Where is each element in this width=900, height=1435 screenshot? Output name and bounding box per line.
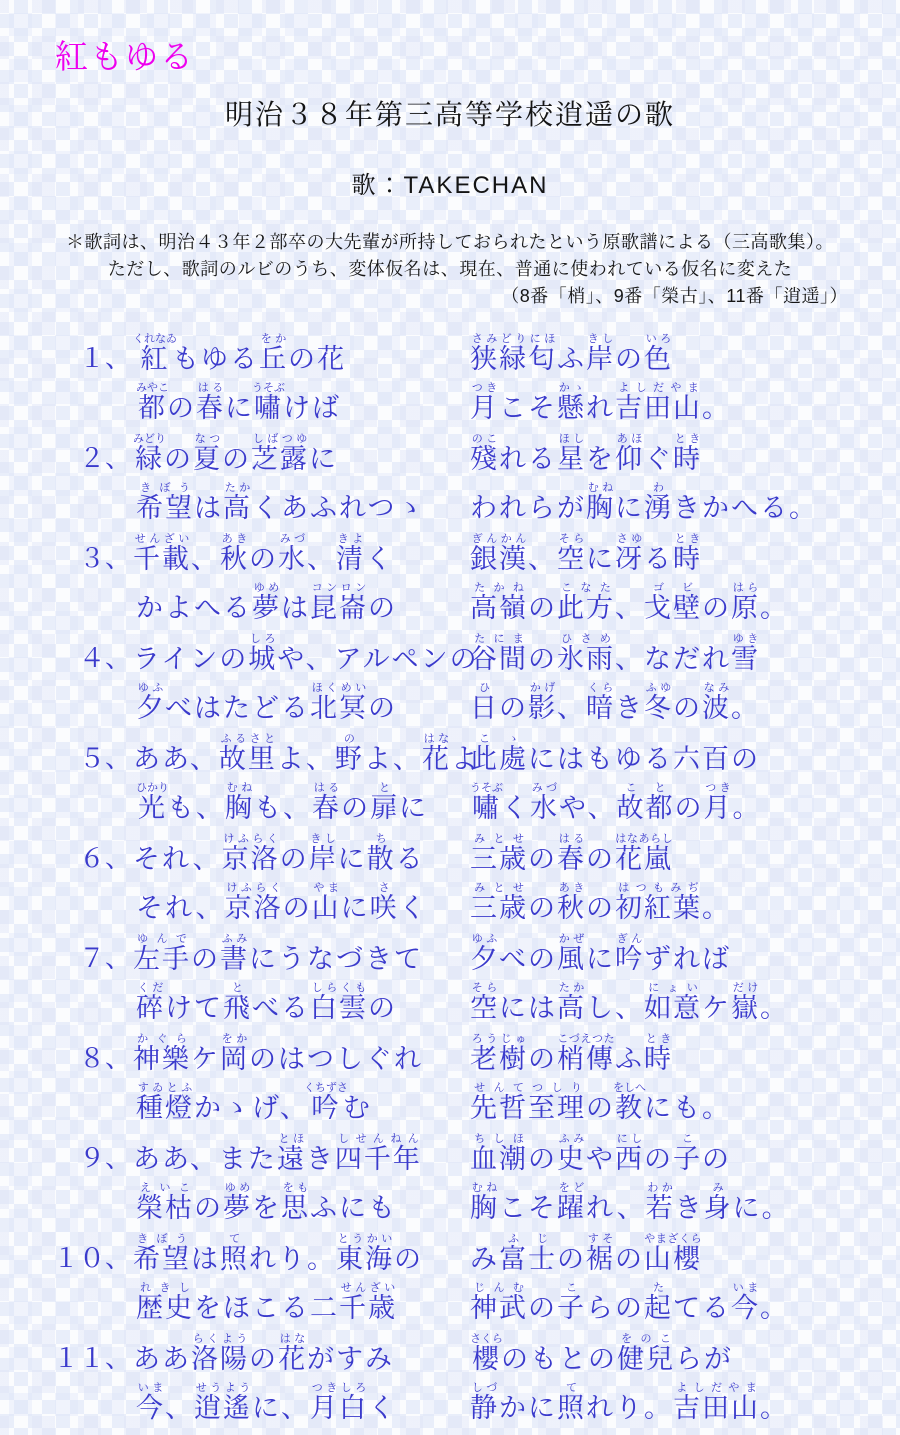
verse-11-row-1: １１、ああ洛陽らくようの花はながすみ櫻さくらのもとの健兒をのこらが [0, 1325, 900, 1374]
ruby-token: 照て [557, 1393, 586, 1423]
ruby-token: 光ひかり [136, 793, 167, 823]
ruby-token: 高嶺たかね [470, 593, 528, 623]
ruby-token: 影かげ [528, 693, 557, 723]
ruby-token: 高たか [223, 493, 252, 523]
ruby-token: 希望きぼう [136, 493, 194, 523]
verse-10: １０、希望きぼうは照てれり。東海とうかいのみ富士ふじの裾すその山櫻やまざくら歴史… [0, 1225, 900, 1323]
ruby-token: 三歳みとせ [470, 844, 528, 874]
ruby-token: 花はな [422, 744, 451, 774]
ruby-token: 月つき [470, 393, 499, 423]
verse-left-line-1: ラインの城しろや、アルペンの [133, 633, 470, 674]
verse-2-row-2: 希望きぼうは高たかくあふれつゝわれらが胸むねに湧わきかへる。 [0, 474, 900, 523]
ruby-token: 史ふみ [557, 1144, 586, 1174]
ruby-token: 風かぜ [557, 944, 586, 974]
verse-9-row-2: 榮枯えいこの夢ゆめを思をもふにも胸むねこそ躍をどれ、若わかき身みに。 [0, 1174, 900, 1223]
ruby-token: 神樂かぐら [133, 1044, 191, 1074]
ruby-token: 清きよ [336, 544, 365, 574]
ruby-token: 富士ふじ [499, 1244, 557, 1274]
ruby-token: 吉田山よしだやま [673, 1393, 760, 1423]
verse-11-row-2: 今いま、逍遙せうように、月白つきしろく静しづかに照てれり。吉田山よしだやま。 [0, 1374, 900, 1423]
ruby-token: 洛陽らくよう [191, 1344, 249, 1374]
verse-right-line-2: 高嶺たかねの此方こなた、戈壁ゴビの原はら。 [470, 582, 900, 623]
ruby-token: 花嵐はなあらし [615, 844, 673, 874]
ruby-token: 飛と [223, 993, 252, 1023]
ruby-token: 四千年しせんねん [335, 1144, 422, 1174]
song-heading: 明治３８年第三高等学校逍遥の歌 [0, 99, 900, 131]
verse-left-line-2: 碎くだけて飛とべる白雲しらくもの [133, 982, 470, 1023]
verse-right-line-1: 狭緑匂さみどりにほふ岸きしの色いろ [470, 333, 900, 374]
ruby-token: 昆崙コンロン [310, 593, 368, 623]
verse-right-line-1: 櫻さくらのもとの健兒をのこらが [470, 1333, 900, 1374]
verse-10-row-1: １０、希望きぼうは照てれり。東海とうかいのみ富士ふじの裾すその山櫻やまざくら [0, 1225, 900, 1274]
ruby-token: 懸かゝ [557, 393, 586, 423]
verse-left-line-1: 希望きぼうは照てれり。東海とうかいの [133, 1233, 470, 1274]
verse-left-line-1: 神樂かぐらケ岡をかのはつしぐれ [133, 1033, 470, 1074]
ruby-token: 秋あき [557, 893, 586, 923]
verse-6-row-2: それ、京洛けふらくの山やまに咲さく三歳みとせの秋あきの初紅葉はつもみぢ。 [0, 874, 900, 923]
document-page: 紅もゆる 明治３８年第三高等学校逍遥の歌 歌：TAKECHAN ＊歌詞は、明治４… [0, 0, 900, 1435]
verse-4-row-2: 夕ゆふべはたどる北冥ほくめいの日ひの影かげ、暗くらき冬ふゆの波なみ。 [0, 674, 900, 723]
verse-right-line-2: 三歳みとせの秋あきの初紅葉はつもみぢ。 [470, 882, 900, 923]
ruby-token: 空そら [470, 993, 499, 1023]
ruby-token: 春はる [196, 393, 225, 423]
ruby-token: 白雲しらくも [310, 993, 368, 1023]
verse-left-line-2: 希望きぼうは高たかくあふれつゝ [133, 482, 470, 523]
ruby-token: 故里ふるさと [219, 744, 277, 774]
ruby-token: 暗くら [586, 693, 615, 723]
verse-right-line-1: 銀漢ぎんかん、空そらに冴さゆる時とき [470, 533, 900, 574]
verse-3-row-2: かよへる夢ゆめは昆崙コンロンの高嶺たかねの此方こなた、戈壁ゴビの原はら。 [0, 574, 900, 623]
verse-left-line-2: 都みやこの春はるに嘯うそぶけば [133, 382, 470, 423]
ruby-token: 遠とほ [277, 1144, 306, 1174]
verse-left-line-1: 緑みどりの夏なつの芝露しばつゆに [133, 433, 470, 474]
ruby-token: 紅くれなゐ [133, 344, 172, 374]
verse-left-line-1: それ、京洛けふらくの岸きしに散ちる [133, 833, 470, 874]
ruby-token: 吟くちずさ [309, 1093, 343, 1123]
verse-left-line-2: 歴史れきしをほこる二千歳せんざい [133, 1282, 470, 1323]
verse-7-row-2: 碎くだけて飛とべる白雲しらくもの空そらには高たかし、如意にょいケ嶽だけ。 [0, 974, 900, 1023]
ruby-token: 逍遙せうよう [194, 1393, 252, 1423]
ruby-token: 如意にょい [644, 993, 702, 1023]
verse-1-row-2: 都みやこの春はるに嘯うそぶけば月つきこそ懸かゝれ吉田山よしだやま。 [0, 374, 900, 423]
note-line-1: ＊歌詞は、明治４３年２部卒の大先輩が所持しておられたという原歌譜による（三高歌集… [0, 229, 900, 256]
ruby-token: 千歳せんざい [339, 1293, 397, 1323]
ruby-token: 野の [335, 744, 364, 774]
ruby-token: 都みやこ [136, 393, 167, 423]
ruby-token: 色いろ [644, 344, 673, 374]
ruby-token: 此方こなた [557, 593, 615, 623]
verse-5-row-1: ５、ああ、故里ふるさとよ、野のよ、花はなよ此處こゝにはもゆる六百の [0, 725, 900, 774]
verse-left-line-2: 今いま、逍遙せうように、月白つきしろく [133, 1382, 470, 1423]
ruby-token: 夕ゆふ [136, 693, 165, 723]
verse-right-line-1: 三歳みとせの春はるの花嵐はなあらし [470, 833, 900, 874]
ruby-token: 嘯うそぶ [470, 793, 501, 823]
ruby-token: 血潮ちしほ [470, 1144, 528, 1174]
ruby-token: 波なみ [702, 693, 731, 723]
ruby-token: 嶽だけ [731, 993, 760, 1023]
ruby-token: 咲さ [370, 893, 399, 923]
ruby-token: 吟ぎん [615, 944, 644, 974]
verse-10-row-2: 歴史れきしをほこる二千歳せんざい神武じんむの子こらの起たてる今いま。 [0, 1274, 900, 1323]
verse-right-line-1: 此處こゝにはもゆる六百の [470, 733, 900, 774]
ruby-token: 戈壁ゴビ [644, 593, 702, 623]
verse-number: ５、 [0, 744, 133, 774]
ruby-token: 夢ゆめ [252, 593, 281, 623]
ruby-token: 先哲至理せんてつしり [470, 1093, 586, 1123]
verse-3: ３、千載せんざい、秋あきの水みづ、清きよく銀漢ぎんかん、空そらに冴さゆる時ときか… [0, 525, 900, 623]
ruby-token: 北冥ほくめい [310, 693, 368, 723]
ruby-token: 水みづ [278, 544, 307, 574]
ruby-token: 梢傳こづえつた [557, 1044, 615, 1074]
verse-right-line-1: み富士ふじの裾すその山櫻やまざくら [470, 1233, 900, 1274]
ruby-token: 神武じんむ [470, 1293, 528, 1323]
ruby-token: 思をも [281, 1193, 310, 1223]
ruby-token: 湧わ [644, 493, 673, 523]
ruby-token: 春はる [557, 844, 586, 874]
ruby-token: 子こ [557, 1293, 586, 1323]
ruby-token: 城しろ [248, 644, 277, 674]
verse-3-row-1: ３、千載せんざい、秋あきの水みづ、清きよく銀漢ぎんかん、空そらに冴さゆる時とき [0, 525, 900, 574]
ruby-token: 今いま [136, 1393, 165, 1423]
verse-left-line-1: 紅くれなゐもゆる丘をかの花 [133, 333, 470, 374]
verses-list: １、紅くれなゐもゆる丘をかの花狭緑匂さみどりにほふ岸きしの色いろ都みやこの春はる… [0, 325, 900, 1425]
ruby-token: 照て [220, 1244, 249, 1274]
ruby-token: 山櫻やまざくら [644, 1244, 702, 1274]
verse-11: １１、ああ洛陽らくようの花はながすみ櫻さくらのもとの健兒をのこらが今いま、逍遙せ… [0, 1325, 900, 1423]
verse-number: １０、 [0, 1244, 133, 1274]
ruby-token: 京洛けふらく [225, 893, 283, 923]
verse-left-line-1: 千載せんざい、秋あきの水みづ、清きよく [133, 533, 470, 574]
verse-left-line-2: 榮枯えいこの夢ゆめを思をもふにも [133, 1182, 470, 1223]
ruby-token: 銀漢ぎんかん [470, 544, 528, 574]
ruby-token: 緑みどり [133, 444, 164, 474]
ruby-token: 健兒をのこ [617, 1344, 675, 1374]
verse-right-line-2: 胸むねこそ躍をどれ、若わかき身みに。 [470, 1182, 900, 1223]
verse-right-line-2: 先哲至理せんてつしりの教をしへにも。 [470, 1082, 900, 1123]
ruby-token: 千載せんざい [133, 544, 191, 574]
ruby-token: 裾すそ [586, 1244, 615, 1274]
verse-number: ８、 [0, 1044, 133, 1074]
verse-right-line-1: 夕ゆふべの風かぜに吟ぎんずれば [470, 933, 900, 974]
ruby-token: 月つき [703, 793, 732, 823]
note-line-2: ただし、歌詞のルビのうち、変体仮名は、現在、普通に使われている仮名に変えた [0, 256, 900, 283]
ruby-token: 希望きぼう [133, 1244, 191, 1274]
ruby-token: 空そら [557, 544, 586, 574]
verse-right-line-1: 老樹ろうじゅの梢傳こづえつたふ時とき [470, 1033, 900, 1074]
verse-2-row-1: ２、緑みどりの夏なつの芝露しばつゆに殘のこれる星ほしを仰あほぐ時とき [0, 425, 900, 474]
ruby-token: 日ひ [470, 693, 499, 723]
ruby-token: 時とき [644, 1044, 673, 1074]
ruby-token: 胸むね [225, 793, 254, 823]
ruby-token: 今いま [731, 1293, 760, 1323]
ruby-token: 西にし [615, 1144, 644, 1174]
verse-left-line-2: かよへる夢ゆめは昆崙コンロンの [133, 582, 470, 623]
ruby-token: 夏なつ [193, 444, 222, 474]
ruby-token: 初紅葉はつもみぢ [615, 893, 702, 923]
ruby-token: 氷雨ひさめ [557, 644, 615, 674]
verse-right-line-1: 殘のこれる星ほしを仰あほぐ時とき [470, 433, 900, 474]
ruby-token: 狭緑匂さみどりにほ [470, 344, 557, 374]
verse-7: ７、左手ゆんでの書ふみにうなづきて夕ゆふべの風かぜに吟ぎんずれば碎くだけて飛とべ… [0, 925, 900, 1023]
verse-left-line-1: ああ、また遠とほき四千年しせんねん [133, 1133, 470, 1174]
ruby-token: 時とき [673, 444, 702, 474]
ruby-token: 星ほし [557, 444, 586, 474]
verse-right-line-2: われらが胸むねに湧わきかへる。 [470, 482, 900, 523]
ruby-token: 胸むね [470, 1193, 499, 1223]
ruby-token: 教をしへ [615, 1093, 644, 1123]
ruby-token: 歴史れきし [136, 1293, 194, 1323]
verse-6: ６、それ、京洛けふらくの岸きしに散ちる三歳みとせの春はるの花嵐はなあらしそれ、京… [0, 825, 900, 923]
ruby-token: 躍をど [557, 1193, 586, 1223]
note-line-3: （8番「梢」、9番「榮古」、11番「逍遥」） [0, 283, 900, 310]
verse-left-line-2: それ、京洛けふらくの山やまに咲さく [133, 882, 470, 923]
ruby-token: 秋あき [220, 544, 249, 574]
ruby-token: 岸きし [586, 344, 615, 374]
verse-left-line-2: 夕ゆふべはたどる北冥ほくめいの [133, 682, 470, 723]
ruby-token: 嘯うそぶ [254, 393, 283, 423]
verse-number: ９、 [0, 1144, 133, 1174]
ruby-token: 三歳みとせ [470, 893, 528, 923]
ruby-token: 故都こと [616, 793, 674, 823]
verse-9-row-1: ９、ああ、また遠とほき四千年しせんねん血潮ちしほの史ふみや西にしの子この [0, 1125, 900, 1174]
verse-number: ６、 [0, 844, 133, 874]
verse-5: ５、ああ、故里ふるさとよ、野のよ、花はなよ此處こゝにはもゆる六百の光ひかりも、胸… [0, 725, 900, 823]
verse-right-line-2: 静しづかに照てれり。吉田山よしだやま。 [470, 1382, 900, 1423]
verse-right-line-2: 嘯うそぶく水みづや、故都ことの月つき。 [470, 782, 900, 823]
ruby-token: 此處こゝ [470, 744, 528, 774]
singer-line: 歌：TAKECHAN [0, 172, 900, 200]
ruby-token: 吉田山よしだやま [615, 393, 702, 423]
verse-4: ４、ラインの城しろや、アルペンの谷間たにまの氷雨ひさめ、なだれ雪ゆき夕ゆふべはた… [0, 625, 900, 723]
ruby-token: 殘のこ [470, 444, 499, 474]
verse-5-row-2: 光ひかりも、胸むねも、春はるの扉とに嘯うそぶく水みづや、故都ことの月つき。 [0, 774, 900, 823]
ruby-token: 散ち [367, 844, 396, 874]
ruby-token: 櫻さくら [470, 1344, 501, 1374]
ruby-token: 岡をか [220, 1044, 249, 1074]
ruby-token: 花はな [278, 1344, 307, 1374]
ruby-token: 碎くだ [136, 993, 165, 1023]
verse-4-row-1: ４、ラインの城しろや、アルペンの谷間たにまの氷雨ひさめ、なだれ雪ゆき [0, 625, 900, 674]
ruby-token: 芝露しばつゆ [251, 444, 309, 474]
ruby-token: 春はる [312, 793, 341, 823]
ruby-token: 東海とうかい [336, 1244, 394, 1274]
ruby-token: 水みづ [530, 793, 559, 823]
ruby-token: 京洛けふらく [222, 844, 280, 874]
verse-number: １、 [0, 344, 133, 374]
ruby-token: 時とき [673, 544, 702, 574]
verse-8-row-2: 種燈すゐとふかゝげ、吟くちずさむ先哲至理せんてつしりの教をしへにも。 [0, 1074, 900, 1123]
ruby-token: 老樹ろうじゅ [470, 1044, 528, 1074]
verse-2: ２、緑みどりの夏なつの芝露しばつゆに殘のこれる星ほしを仰あほぐ時とき希望きぼうは… [0, 425, 900, 523]
verse-left-line-1: 左手ゆんでの書ふみにうなづきて [133, 933, 470, 974]
ruby-token: 夢ゆめ [223, 1193, 252, 1223]
notes-block: ＊歌詞は、明治４３年２部卒の大先輩が所持しておられたという原歌譜による（三高歌集… [0, 229, 900, 310]
ruby-token: 冬ふゆ [644, 693, 673, 723]
ruby-token: 山やま [312, 893, 341, 923]
ruby-token: 冴さゆ [615, 544, 644, 574]
ruby-token: 身み [704, 1193, 733, 1223]
verse-7-row-1: ７、左手ゆんでの書ふみにうなづきて夕ゆふべの風かぜに吟ぎんずれば [0, 925, 900, 974]
verse-6-row-1: ６、それ、京洛けふらくの岸きしに散ちる三歳みとせの春はるの花嵐はなあらし [0, 825, 900, 874]
verse-right-line-2: 月つきこそ懸かゝれ吉田山よしだやま。 [470, 382, 900, 423]
ruby-token: 静しづ [470, 1393, 499, 1423]
verse-right-line-1: 血潮ちしほの史ふみや西にしの子この [470, 1133, 900, 1174]
verse-right-line-2: 日ひの影かげ、暗くらき冬ふゆの波なみ。 [470, 682, 900, 723]
ruby-token: 丘をか [259, 344, 288, 374]
ruby-token: 左手ゆんで [133, 944, 191, 974]
verse-left-line-2: 種燈すゐとふかゝげ、吟くちずさむ [133, 1082, 470, 1123]
verse-left-line-2: 光ひかりも、胸むねも、春はるの扉とに [133, 782, 470, 823]
ruby-token: 書ふみ [220, 944, 249, 974]
ruby-token: 夕ゆふ [470, 944, 499, 974]
verse-number: １１、 [0, 1344, 133, 1374]
verse-number: ３、 [0, 544, 133, 574]
verse-1: １、紅くれなゐもゆる丘をかの花狭緑匂さみどりにほふ岸きしの色いろ都みやこの春はる… [0, 325, 900, 423]
verse-number: ４、 [0, 644, 133, 674]
verse-right-line-2: 空そらには高たかし、如意にょいケ嶽だけ。 [470, 982, 900, 1023]
verse-left-line-1: ああ、故里ふるさとよ、野のよ、花はなよ [133, 733, 470, 774]
verse-left-line-1: ああ洛陽らくようの花はながすみ [133, 1333, 470, 1374]
verse-number: ７、 [0, 944, 133, 974]
verse-8-row-1: ８、神樂かぐらケ岡をかのはつしぐれ老樹ろうじゅの梢傳こづえつたふ時とき [0, 1025, 900, 1074]
verse-right-line-1: 谷間たにまの氷雨ひさめ、なだれ雪ゆき [470, 633, 900, 674]
ruby-token: 高たか [557, 993, 586, 1023]
ruby-token: 岸きし [309, 844, 338, 874]
ruby-token: 月白つきしろ [310, 1393, 368, 1423]
ruby-token: 若わか [646, 1193, 675, 1223]
ruby-token: 原はら [731, 593, 760, 623]
verse-8: ８、神樂かぐらケ岡をかのはつしぐれ老樹ろうじゅの梢傳こづえつたふ時とき種燈すゐと… [0, 1025, 900, 1123]
verse-1-row-1: １、紅くれなゐもゆる丘をかの花狭緑匂さみどりにほふ岸きしの色いろ [0, 325, 900, 374]
ruby-token: 胸むね [586, 493, 615, 523]
verse-number: ２、 [0, 444, 133, 474]
ruby-token: 起た [644, 1293, 673, 1323]
ruby-token: 雪ゆき [731, 644, 760, 674]
verse-right-line-2: 神武じんむの子こらの起たてる今いま。 [470, 1282, 900, 1323]
ruby-token: 仰あほ [615, 444, 644, 474]
ruby-token: 扉と [370, 793, 399, 823]
verse-9: ９、ああ、また遠とほき四千年しせんねん血潮ちしほの史ふみや西にしの子この榮枯えい… [0, 1125, 900, 1223]
page-title: 紅もゆる [55, 40, 195, 76]
ruby-token: 子こ [673, 1144, 702, 1174]
ruby-token: 谷間たにま [470, 644, 528, 674]
ruby-token: 種燈すゐとふ [136, 1093, 194, 1123]
ruby-token: 榮枯えいこ [136, 1193, 194, 1223]
